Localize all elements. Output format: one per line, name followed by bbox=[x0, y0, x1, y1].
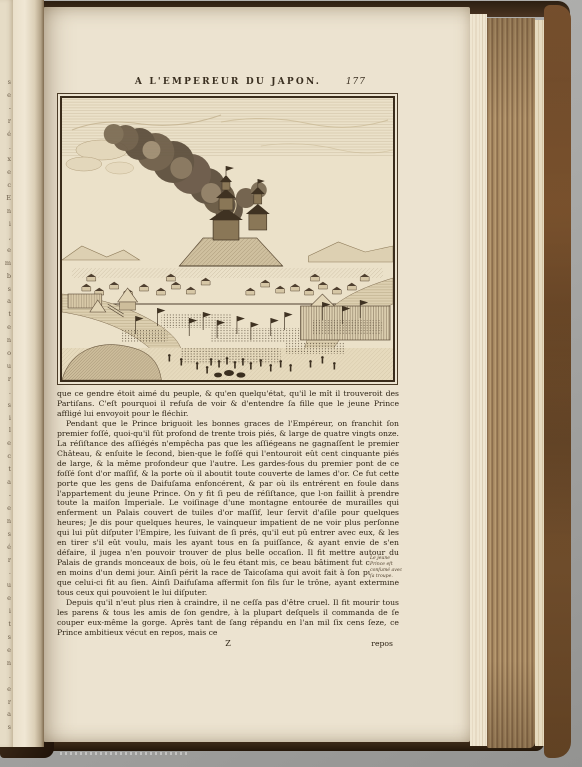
page-leaves-edge bbox=[470, 14, 487, 746]
paragraph-3: Depuis qu'il n'eut plus rien à craindre,… bbox=[57, 598, 399, 638]
facing-page-text-fragments: s e - r é . x e c E n i , e m b s a t e … bbox=[0, 76, 13, 734]
book-page: A L'EMPEREUR DU JAPON. 177 bbox=[44, 7, 470, 742]
margin-note-line: ſa troupe. bbox=[370, 574, 404, 580]
back-cover bbox=[544, 5, 571, 758]
engraving-frame bbox=[57, 93, 398, 385]
margin-note-line: conſumé avec bbox=[370, 568, 404, 574]
engraving-illustration bbox=[60, 96, 395, 382]
engraving-svg bbox=[62, 98, 393, 380]
endpaper-band bbox=[535, 20, 544, 746]
body-text: que ce gendre étoit aimé du peuple, & qu… bbox=[57, 389, 399, 650]
signature-mark: Z bbox=[225, 639, 231, 649]
paragraph-2: Pendant que le Prince briguoit les bonne… bbox=[57, 419, 399, 598]
running-header: A L'EMPEREUR DU JAPON. 177 bbox=[57, 77, 399, 89]
photo-watermark bbox=[60, 752, 188, 755]
facing-page-edge: s e - r é . x e c E n i , e m b s a t e … bbox=[0, 0, 13, 747]
page-number: 177 bbox=[346, 77, 366, 87]
margin-note: Le jeune Prince eſt conſumé avec ſa trou… bbox=[370, 556, 404, 580]
fore-edge-block bbox=[487, 18, 535, 748]
paragraph-1: que ce gendre étoit aimé du peuple, & qu… bbox=[57, 389, 399, 419]
book-gutter bbox=[13, 0, 44, 747]
catchword: repos bbox=[371, 639, 393, 649]
photo-backdrop: s e - r é . x e c E n i , e m b s a t e … bbox=[0, 0, 582, 767]
signature-row: Z repos bbox=[57, 639, 399, 650]
